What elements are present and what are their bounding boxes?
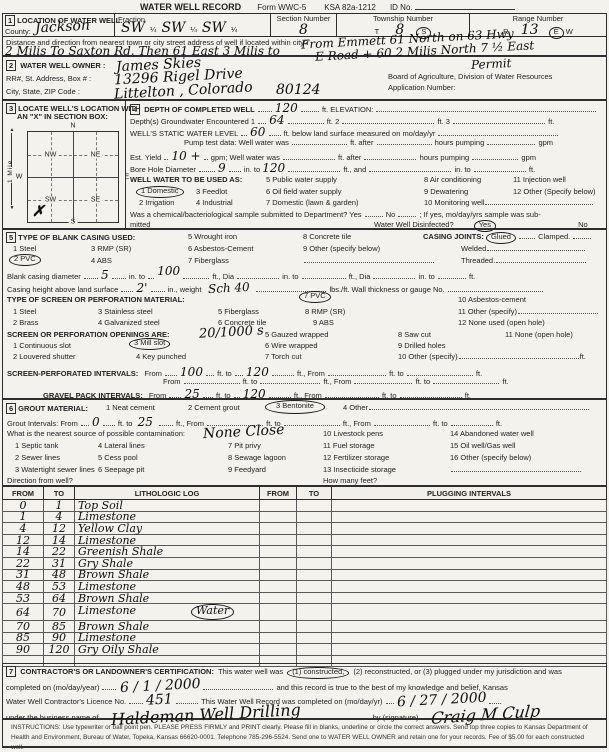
north-label: N (68, 123, 77, 130)
opening-option: 8 Saw cut (398, 330, 431, 339)
section-2-number: 2 (6, 60, 16, 71)
litho-from2-blank (260, 620, 297, 632)
screen-option: 11 Other (specify) (458, 307, 517, 316)
static-level-label: WELL'S STATIC WATER LEVEL (130, 129, 238, 138)
litho-log-value: Brown Shale (75, 620, 260, 632)
gpm-label: gpm (538, 138, 553, 147)
litho-to-value: 70 (44, 604, 75, 621)
zip-value: 80124 (276, 83, 321, 97)
casing-option: 6 Asbestos-Cement (188, 244, 253, 253)
casing-height-value: 2' (137, 281, 148, 295)
litho-to-value: 90 (44, 632, 75, 644)
litho-to-value: 14 (44, 534, 75, 546)
ft-label: ft. (548, 117, 554, 126)
litho-from2-blank (260, 604, 297, 621)
contamination-value: None Close (203, 423, 285, 441)
opening-option: 1 Continuous slot (13, 341, 71, 350)
litho-header-plugging: PLUGGING INTERVALS (332, 487, 607, 500)
casing-title: TYPE OF BLANK CASING USED: (18, 233, 135, 242)
joint-clamped: Clamped. (538, 232, 570, 241)
opening-option: 5 Gauzed wrapped (265, 330, 328, 339)
section-7-certification: 7 CONTRACTOR'S OR LANDOWNER'S CERTIFICAT… (2, 663, 607, 719)
statute-number: KSA 82a-1212 (324, 3, 376, 12)
litho-header-from2: FROM (260, 487, 297, 500)
screen-material-title: TYPE OF SCREEN OR PERFORATION MATERIAL: (7, 295, 185, 304)
contam-option: 3 Watertight sewer lines (15, 465, 95, 474)
hours-pumping-label: hours pumping (420, 153, 470, 162)
screen-option: 4 Galvanized steel (98, 318, 160, 327)
litho-log-value: Greenish Shale (75, 546, 260, 558)
range-value: 13 (521, 22, 539, 38)
ft-label: ft. (496, 419, 502, 428)
casing-height-label: Casing height above land surface (7, 285, 118, 294)
arrow-down-icon: ▼ (7, 205, 17, 211)
litho-to-value: 12 (44, 523, 75, 535)
litho-row: 7085Brown Shale (3, 620, 607, 632)
ft-dia-label: ft., Dia (349, 272, 371, 281)
contam-option: 12 Fertilizer storage (323, 453, 389, 462)
litho-from-value: 22 (3, 557, 44, 569)
use-option: 5 Public water supply (266, 175, 337, 184)
contam-option: 4 Lateral lines (98, 441, 145, 450)
screen-option: 8 RMP (SR) (305, 307, 345, 316)
casing-option: 5 Wrought iron (188, 232, 237, 241)
static-level-value: 60 (250, 125, 265, 139)
screen-option: 12 None used (open hole) (458, 318, 545, 327)
openings-value: 20/1000 s (199, 324, 264, 340)
litho-row: 1422Greenish Shale (3, 546, 607, 558)
contam-option: 5 Cess pool (98, 453, 138, 462)
litho-to2-blank (297, 592, 332, 604)
screen-option: 10 Asbestos-cement (458, 295, 526, 304)
weight-value: Sch 40 (207, 281, 249, 295)
litho-plugging-blank (332, 604, 607, 621)
litho-from2-blank (260, 569, 297, 581)
grout-to-value: 25 (138, 415, 153, 429)
litho-to2-blank (297, 620, 332, 632)
litho-plugging-blank (332, 620, 607, 632)
quarter-mark: ¼ (191, 25, 197, 34)
completed-on-label: completed on (mo/day/year) (6, 683, 99, 692)
quarter-mark: ¼ (231, 25, 237, 34)
litho-to2-blank (297, 511, 332, 523)
section-4-depth: 4 DEPTH OF COMPLETED WELL 120 ft. ELEVAT… (125, 100, 607, 229)
litho-header-row: FROM TO LITHOLOGIC LOG FROM TO PLUGGING … (3, 487, 607, 500)
west-label: W (14, 174, 25, 181)
instructions-box: INSTRUCTIONS: Use typewriter or ball poi… (2, 719, 607, 748)
casing-option: 9 Other (specify below) (303, 244, 380, 253)
permit-note: Permit (471, 57, 512, 71)
joint-threaded: Threaded. (461, 256, 495, 265)
ft-to-label: ft. to (433, 419, 448, 428)
contam-option: 15 Oil well/Gas well (450, 441, 515, 450)
opening-option: 6 Wire wrapped (265, 341, 318, 350)
contam-option: 6 Seepage pit (98, 465, 144, 474)
section-3-location-box: 3LOCATE WELL'S LOCATION WITH AN "X" IN S… (2, 100, 126, 229)
county-cell: 1LOCATION OF WATER WELL. County: Jackson (3, 14, 115, 36)
litho-to2-blank (297, 557, 332, 569)
range-w: W (566, 27, 573, 36)
form-number: Form WWC-5 (257, 3, 306, 12)
how-many-feet-label: How many feet? (323, 476, 377, 485)
instructions-text: INSTRUCTIONS: Use typewriter or ball poi… (3, 720, 606, 752)
litho-from-value: 4 (3, 523, 44, 535)
opening-option: 4 Key punched (136, 352, 186, 361)
ft-after-label: ft. after (338, 153, 361, 162)
ft-to-label: ft. to (243, 377, 258, 386)
litho-to-value: 85 (44, 620, 75, 632)
litho-header-from: FROM (3, 487, 44, 500)
well-x-mark: ✗ (32, 204, 45, 219)
litho-from2-blank (260, 546, 297, 558)
casing-joints-label: CASING JOINTS: (423, 232, 484, 241)
ft-label: ft. (502, 377, 508, 386)
groundwater-label: Depth(s) Groundwater Encountered 1 (130, 117, 255, 126)
grout-intervals-label: Grout Intervals: From (7, 419, 78, 428)
pump-test-label: Pump test data: Well water was (184, 138, 289, 147)
litho-from-value: 31 (3, 569, 44, 581)
section-1-number: 1 (5, 15, 15, 26)
board-label: Board of Agriculture, Division of Water … (388, 72, 552, 81)
litho-from-value: 70 (3, 620, 44, 632)
litho-row: 412Yellow Clay (3, 523, 607, 535)
screen-option: 5 Fiberglass (218, 307, 259, 316)
screen-option-circled: 7 PVC (299, 291, 331, 303)
ft-label: ft. (529, 165, 535, 174)
litho-from2-blank (260, 534, 297, 546)
contam-option: 14 Abandoned water well (450, 429, 534, 438)
quarter-line (28, 200, 118, 201)
water-well-record-form: WATER WELL RECORD Form WWC-5 KSA 82a-121… (0, 0, 609, 752)
screen-intervals-title: SCREEN-PERFORATED INTERVALS: (7, 369, 138, 378)
litho-to-value: 4 (44, 511, 75, 523)
grout-option-circled: 3 Bentonite (265, 400, 325, 414)
litho-row: 1214Limestone (3, 534, 607, 546)
groundwater-1-value: 64 (269, 113, 284, 127)
joint-glued-circled: Glued (486, 232, 516, 244)
casing-option: 7 Fiberglass (188, 256, 229, 265)
in-to-label: in. to (244, 165, 260, 174)
litho-header-log: LITHOLOGIC LOG (75, 487, 260, 500)
sample-question-suffix: ; If yes, mo/day/yrs sample was sub- (419, 210, 540, 219)
hours-pumping-label: hours pumping (435, 138, 485, 147)
in-to-label: in. to (129, 272, 145, 281)
litho-from2-blank (260, 557, 297, 569)
water-note: Water (191, 604, 234, 620)
application-number-label: Application Number: (388, 83, 456, 92)
litho-from2-blank (260, 511, 297, 523)
litho-plugging-blank (332, 557, 607, 569)
city-label: City, State, ZIP Code : (6, 87, 80, 96)
fraction-q2-value: SW (161, 20, 185, 36)
contam-option: 9 Feedyard (228, 465, 266, 474)
weight-label: in., weight (168, 285, 202, 294)
gpm-label: gpm (521, 153, 536, 162)
litho-log-value: LimestoneWater (75, 604, 260, 621)
blank-depth-value: 100 (157, 264, 180, 278)
use-option-circled: 1 Domestic (136, 186, 184, 198)
contam-option: 13 Insecticide storage (323, 465, 396, 474)
litho-to2-blank (297, 534, 332, 546)
lithologic-log-table: FROM TO LITHOLOGIC LOG FROM TO PLUGGING … (2, 486, 607, 667)
section-number-cell: Section Number 8 (271, 14, 337, 36)
id-blank (415, 2, 515, 10)
form-title: WATER WELL RECORD (140, 2, 241, 12)
litho-from2-blank (260, 581, 297, 593)
constructed-circled: (1) constructed, (287, 667, 349, 679)
cert-text-a: This water well was (218, 667, 283, 676)
bore-diameter-value: 9 (218, 161, 226, 175)
licence-value: 451 (146, 692, 173, 707)
est-yield-label: Est. Yield (130, 153, 161, 162)
distance-row: Distance and direction from nearest town… (3, 37, 606, 57)
litho-from2-blank (260, 500, 297, 512)
opening-option: 11 None (open hole) (505, 330, 573, 339)
litho-row: 4853Limestone (3, 581, 607, 593)
owner-label: WATER WELL OWNER : (20, 61, 105, 70)
grout-from-value: 0 (92, 415, 100, 429)
quarter-line (28, 155, 118, 156)
elevation-label: ft. ELEVATION: (322, 105, 373, 114)
ft-from-label: ft., From (343, 419, 371, 428)
section-5-number: 5 (6, 232, 16, 243)
static-level-suffix: ft. below land surface measured on mo/da… (284, 129, 436, 138)
sample-question-label: Was a chemical/bacteriological sample su… (130, 210, 362, 219)
litho-to-value: 64 (44, 592, 75, 604)
litho-to-value: 22 (44, 546, 75, 558)
litho-from-value: 1 (3, 511, 44, 523)
litho-from-value: 0 (3, 500, 44, 512)
litho-log-value: Gry Oily Shale (75, 644, 260, 656)
section-3-number: 3 (6, 103, 16, 114)
from-label: From (144, 369, 162, 378)
use-option: 4 Industrial (196, 198, 233, 207)
casing-option: 1 Steel (13, 244, 36, 253)
litho-to2-blank (297, 569, 332, 581)
casing-option: 3 RMP (SR) (91, 244, 131, 253)
ft-to-label: ft. to (416, 377, 431, 386)
litho-log-value: Brown Shale (75, 592, 260, 604)
litho-plugging-blank (332, 581, 607, 593)
contam-option: 10 Livestock pens (323, 429, 383, 438)
use-option: 12 Other (Specify below) (513, 187, 596, 196)
opening-option: 10 Other (specify) (398, 352, 458, 361)
ft-from-label: ft., From (323, 377, 351, 386)
litho-row: 6470LimestoneWater (3, 604, 607, 621)
litho-plugging-blank (332, 632, 607, 644)
use-option: 11 Injection well (513, 175, 566, 184)
litho-to2-blank (297, 632, 332, 644)
se-label: SE (89, 196, 102, 203)
litho-to-value: 1 (44, 500, 75, 512)
litho-from-value: 85 (3, 632, 44, 644)
blank-diameter-value: 5 (101, 268, 109, 282)
use-option: 9 Dewatering (424, 187, 468, 196)
litho-from-value: 12 (3, 534, 44, 546)
casing-option: 8 Concrete tile (303, 232, 351, 241)
depth-completed-label: DEPTH OF COMPLETED WELL (144, 105, 254, 114)
ft-label: ft. (580, 352, 586, 361)
section-2-owner: 2 WATER WELL OWNER : James Skies RR#, St… (2, 56, 607, 100)
bore-hole-label: Bore Hole Diameter (130, 165, 196, 174)
opening-option: 9 Drilled holes (398, 341, 446, 350)
litho-row: 3148Brown Shale (3, 569, 607, 581)
litho-row: 90120Gry Oily Shale (3, 644, 607, 656)
contam-option: 7 Pit privy (228, 441, 261, 450)
litho-to2-blank (297, 523, 332, 535)
litho-log-value: Brown Shale (75, 569, 260, 581)
est-yield-value: 10 + (171, 149, 200, 163)
in-to-label: in. to (282, 272, 298, 281)
litho-to2-blank (297, 546, 332, 558)
wall-thickness-label: lbs./ft. Wall thickness or gauge No. (329, 285, 444, 294)
litho-row: 01Top Soil (3, 500, 607, 512)
section-number-value: 8 (299, 22, 308, 38)
litho-plugging-blank (332, 546, 607, 558)
litho-to-value: 48 (44, 569, 75, 581)
grout-title: GROUT MATERIAL: (18, 404, 88, 413)
fraction-q1-value: SW (121, 20, 145, 36)
county-label: County: (5, 27, 31, 36)
litho-plugging-blank (332, 569, 607, 581)
screen-option: 2 Brass (13, 318, 38, 327)
contamination-label: What is the nearest source of possible c… (7, 429, 185, 438)
water-use-title: WELL WATER TO BE USED AS: (130, 175, 242, 184)
contam-option: 8 Sewage lagoon (228, 453, 286, 462)
section-7-number: 7 (6, 666, 16, 677)
ne-label: NE (89, 151, 103, 158)
scale-line (11, 183, 17, 205)
groundwater-2-label: ft. 2 (327, 117, 340, 126)
litho-plugging-blank (332, 644, 607, 656)
use-option: 10 Monitoring well (424, 198, 484, 207)
litho-plugging-blank (332, 523, 607, 535)
litho-plugging-blank (332, 592, 607, 604)
litho-plugging-blank (332, 500, 607, 512)
litho-log-value: Limestone (75, 632, 260, 644)
litho-from-value: 64 (3, 604, 44, 621)
litho-log-value: Limestone (75, 511, 260, 523)
use-option: 7 Domestic (lawn & garden) (266, 198, 359, 207)
litho-to2-blank (297, 604, 332, 621)
litho-header-to2: TO (297, 487, 332, 500)
contam-option: 2 Sewer lines (15, 453, 60, 462)
ft-from-label: ft., From (176, 419, 204, 428)
litho-from2-blank (260, 592, 297, 604)
litho-to-value: 120 (44, 644, 75, 656)
county-value: Jackson (35, 19, 91, 36)
form-header: WATER WELL RECORD Form WWC-5 KSA 82a-121… (140, 2, 515, 12)
section-6-number: 6 (6, 403, 16, 414)
ft-dia-label: ft., Dia (212, 272, 234, 281)
litho-from2-blank (260, 632, 297, 644)
bore-depth-value: 120 (262, 161, 285, 175)
opening-option: 7 Torch cut (265, 352, 302, 361)
groundwater-3-label: ft. 3 (437, 117, 450, 126)
use-option: 8 Air conditioning (424, 175, 481, 184)
disinfected-no: No (578, 220, 588, 229)
grout-option: 2 Cement grout (188, 403, 240, 412)
fraction-q3-value: SW (202, 20, 226, 36)
section-1-location: 1LOCATION OF WATER WELL. County: Jackson… (2, 13, 607, 56)
nw-label: NW (43, 151, 59, 158)
ft-label: ft. (469, 272, 475, 281)
licence-label: Water Well Contractor's Licence No. (6, 697, 126, 706)
litho-from2-blank (260, 523, 297, 535)
sample-question-cont: mitted (130, 220, 150, 229)
certification-title: CONTRACTOR'S OR LANDOWNER'S CERTIFICATIO… (20, 667, 214, 676)
litho-row: 8590Limestone (3, 632, 607, 644)
sw-label: SW (43, 196, 58, 203)
no-label: No (386, 210, 396, 219)
litho-log-value: Limestone (75, 534, 260, 546)
ft-after-label: ft. after (350, 138, 373, 147)
casing-option: 4 ABS (91, 256, 112, 265)
litho-from-value: 48 (3, 581, 44, 593)
litho-to2-blank (297, 581, 332, 593)
litho-from2-blank (260, 644, 297, 656)
quarter-mark: ¼ (150, 25, 156, 34)
id-label: ID No. (390, 3, 413, 12)
opening-option: 2 Louvered shutter (13, 352, 76, 361)
section-3-title-2: AN "X" IN SECTION BOX: (17, 112, 108, 121)
ft-and-label: ft., and (343, 165, 366, 174)
litho-to-value: 53 (44, 581, 75, 593)
litho-log-value: Limestone (75, 581, 260, 593)
center-horizontal-line (28, 177, 118, 178)
disinfected-label: Water Well Disinfected? (374, 220, 454, 229)
joint-welded: Welded (461, 244, 486, 253)
cert-text-b: (2) reconstructed, or (3) plugged under … (353, 667, 561, 676)
contam-option: 11 Fuel storage (323, 441, 375, 450)
litho-from-value: 90 (3, 644, 44, 656)
fraction-cell: Fraction SW ¼ SW ¼ SW ¼ (115, 14, 271, 36)
litho-to-value: 31 (44, 557, 75, 569)
use-option: 2 Irrigation (139, 198, 174, 207)
litho-log-value: Gry Shale (75, 557, 260, 569)
litho-to2-blank (297, 500, 332, 512)
litho-log-value: Top Soil (75, 500, 260, 512)
opening-option-circled: 3 Mill slot (129, 338, 170, 350)
litho-from-value: 53 (3, 592, 44, 604)
quarter-line (96, 132, 97, 222)
section-box-diagram: N S W E NW NE SW SE ✗ (27, 131, 119, 223)
litho-to2-blank (297, 644, 332, 656)
screen-option: 1 Steel (13, 307, 36, 316)
in-to-label: in. to (419, 272, 435, 281)
screen-option: 9 ABS (313, 318, 334, 327)
direction-from-well-label: Direction from well? (7, 476, 73, 485)
litho-row: 2231Gry Shale (3, 557, 607, 569)
from-label: From (163, 377, 181, 386)
in-to-label: in. to (454, 165, 470, 174)
grout-option: 4 Other (343, 403, 368, 412)
litho-header-to: TO (44, 487, 75, 500)
ft-to-label: ft. to (118, 419, 133, 428)
contam-option: 16 Other (specify below) (450, 453, 531, 462)
quarter-line (51, 132, 52, 222)
litho-plugging-blank (332, 511, 607, 523)
section-5-casing: 5TYPE OF BLANK CASING USED: 5 Wrought ir… (2, 229, 607, 399)
use-option: 3 Feedlot (196, 187, 227, 196)
grout-option: 1 Neat cement (106, 403, 155, 412)
section-6-grout: 6GROUT MATERIAL: 1 Neat cement 2 Cement … (2, 399, 607, 486)
contam-option: 1 Septic tank (15, 441, 58, 450)
litho-row: 14Limestone (3, 511, 607, 523)
litho-plugging-blank (332, 534, 607, 546)
use-option: 6 Oil field water supply (266, 187, 341, 196)
casing-option-circled: 2 PVC (9, 254, 41, 266)
